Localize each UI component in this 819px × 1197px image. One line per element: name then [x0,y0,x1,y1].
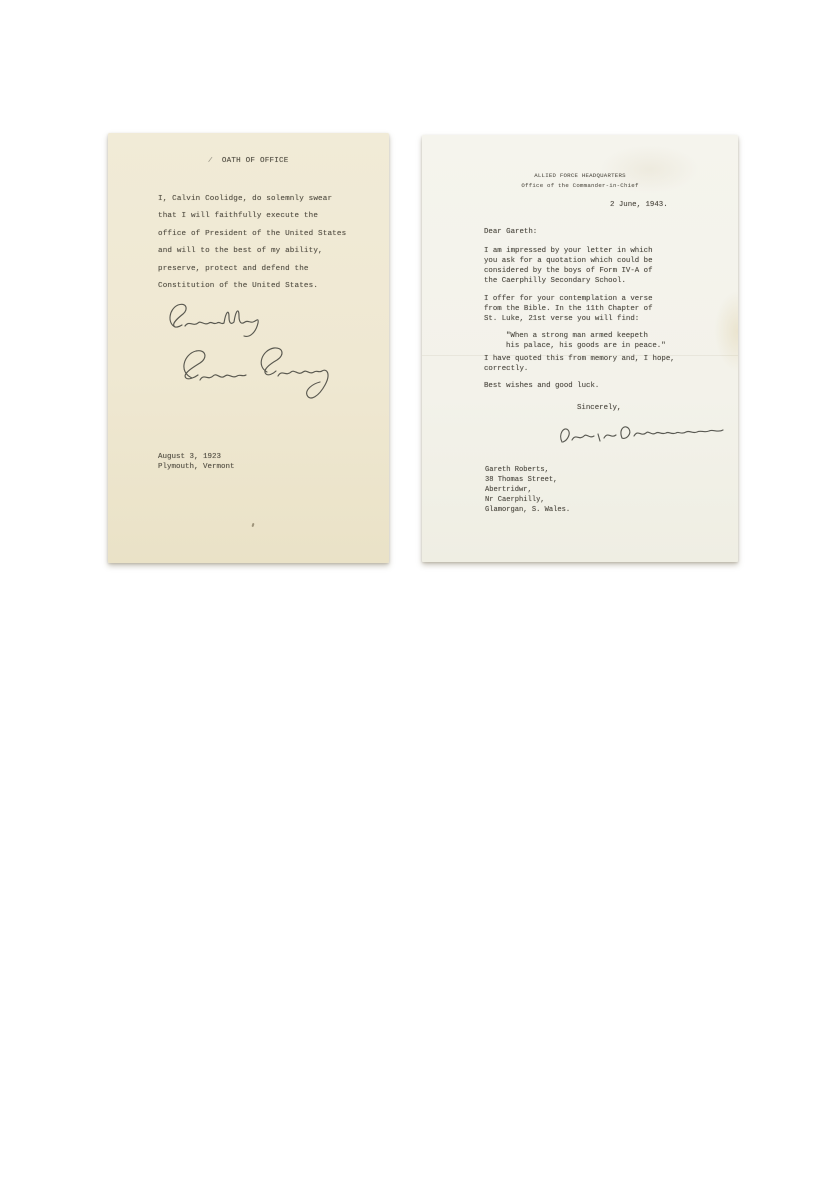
recipient-address: Gareth Roberts, 38 Thomas Street, Abertr… [485,465,570,515]
cordially-handwriting [163,297,278,342]
coolidge-oath-document: / OATH OF OFFICE I, Calvin Coolidge, do … [108,133,389,563]
oath-date-place: August 3, 1923 Plymouth, Vermont [158,452,235,472]
letter-date: 2 June, 1943. [610,201,668,209]
photo-canvas: / OATH OF OFFICE I, Calvin Coolidge, do … [0,0,819,1197]
eisenhower-signature [554,416,734,452]
check-mark: / [208,157,213,166]
oath-title: OATH OF OFFICE [222,157,289,165]
paragraph-3: I have quoted this from memory and, I ho… [484,354,675,374]
salutation: Dear Gareth: [484,228,537,236]
letterhead-line2: Office of the Commander-in-Chief [422,181,738,191]
letterhead-line1: ALLIED FORCE HEADQUARTERS [422,171,738,181]
oath-body-text: I, Calvin Coolidge, do solemnly swear th… [158,191,346,295]
letterhead: ALLIED FORCE HEADQUARTERS Office of the … [422,171,738,190]
paragraph-1: I am impressed by your letter in which y… [484,246,653,286]
oath-title-row: / OATH OF OFFICE [108,157,389,165]
closing: Sincerely, [577,404,621,412]
paper-speck [251,523,254,527]
coolidge-signature [164,342,344,417]
paragraph-4: Best wishes and good luck. [484,381,599,391]
eisenhower-letter-document: ALLIED FORCE HEADQUARTERS Office of the … [422,135,738,562]
paragraph-2: I offer for your contemplation a verse f… [484,294,653,324]
bible-quote: "When a strong man armed keepeth his pal… [506,331,666,351]
